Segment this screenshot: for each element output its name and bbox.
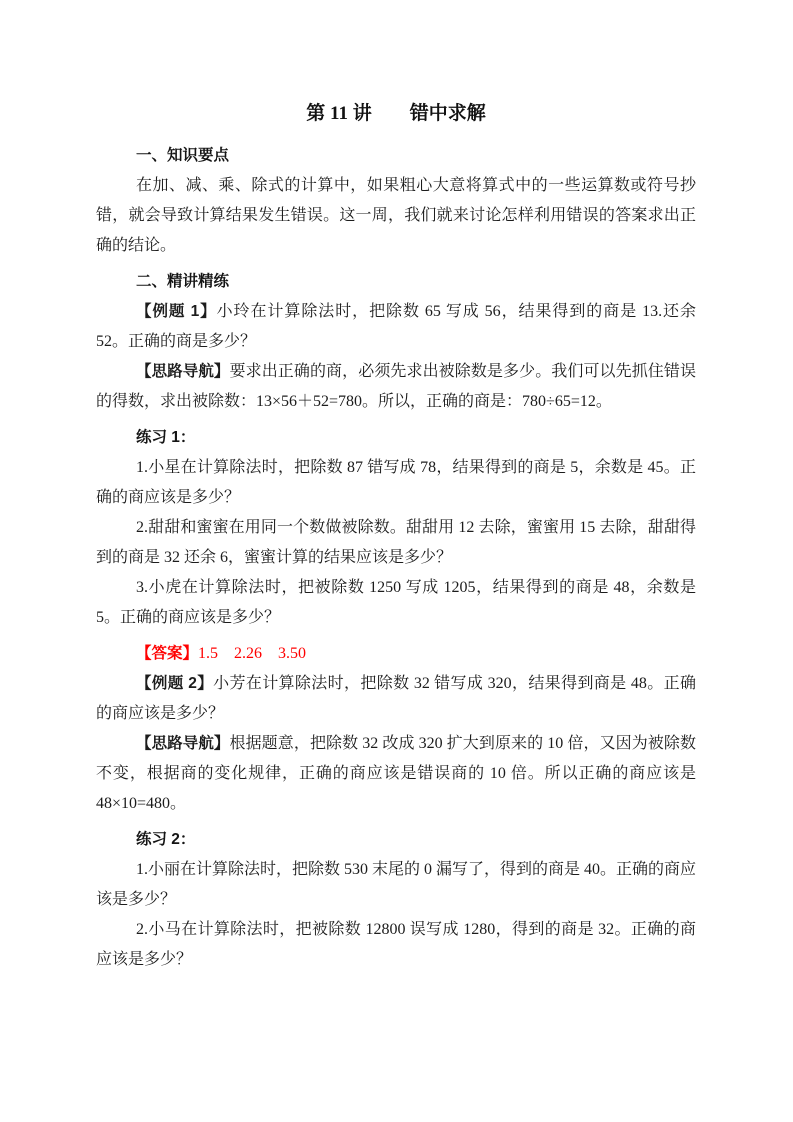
answer-paragraph: 【答案】1.5 2.26 3.50 bbox=[96, 639, 696, 669]
page-title: 第 11 讲 错中求解 bbox=[96, 100, 696, 127]
practice-1-item-2: 2.甜甜和蜜蜜在用同一个数做被除数。甜甜用 12 去除，蜜蜜用 15 去除，甜甜… bbox=[96, 513, 696, 573]
solution-guide-1-paragraph: 【思路导航】要求出正确的商，必须先求出被除数是多少。我们可以先抓住错误的得数，求… bbox=[96, 357, 696, 417]
practice-1-item-1: 1.小星在计算除法时，把除数 87 错写成 78，结果得到的商是 5，余数是 4… bbox=[96, 453, 696, 513]
practice-1-item-3: 3.小虎在计算除法时，把被除数 1250 写成 1205，结果得到的商是 48，… bbox=[96, 573, 696, 633]
practice-2-item-1: 1.小丽在计算除法时，把除数 530 末尾的 0 漏写了，得到的商是 40。正确… bbox=[96, 855, 696, 915]
solution-guide-2-paragraph: 【思路导航】根据题意，把除数 32 改成 320 扩大到原来的 10 倍，又因为… bbox=[96, 729, 696, 819]
document-page: 第 11 讲 错中求解 一、知识要点 在加、减、乘、除式的计算中，如果粗心大意将… bbox=[0, 0, 793, 1122]
practice-2-item-2: 2.小马在计算除法时，把被除数 12800 误写成 1280，得到的商是 32。… bbox=[96, 915, 696, 975]
section-heading-lecture-practice: 二、精讲精练 bbox=[96, 267, 696, 297]
example-2-paragraph: 【例题 2】小芳在计算除法时，把除数 32 错写成 320，结果得到商是 48。… bbox=[96, 669, 696, 729]
practice-1-heading: 练习 1： bbox=[96, 423, 696, 453]
practice-2-heading: 练习 2： bbox=[96, 825, 696, 855]
solution-guide-2-label: 【思路导航】 bbox=[136, 735, 230, 752]
solution-guide-1-label: 【思路导航】 bbox=[136, 363, 230, 380]
section-heading-knowledge-points: 一、知识要点 bbox=[96, 141, 696, 171]
intro-paragraph: 在加、减、乘、除式的计算中，如果粗心大意将算式中的一些运算数或符号抄错，就会导致… bbox=[96, 171, 696, 261]
example-2-label: 【例题 2】 bbox=[136, 675, 213, 692]
answer-values: 1.5 2.26 3.50 bbox=[198, 645, 306, 662]
answer-label: 【答案】 bbox=[136, 645, 198, 662]
example-1-label: 【例题 1】 bbox=[136, 303, 217, 320]
example-1-paragraph: 【例题 1】小玲在计算除法时，把除数 65 写成 56，结果得到的商是 13.还… bbox=[96, 297, 696, 357]
